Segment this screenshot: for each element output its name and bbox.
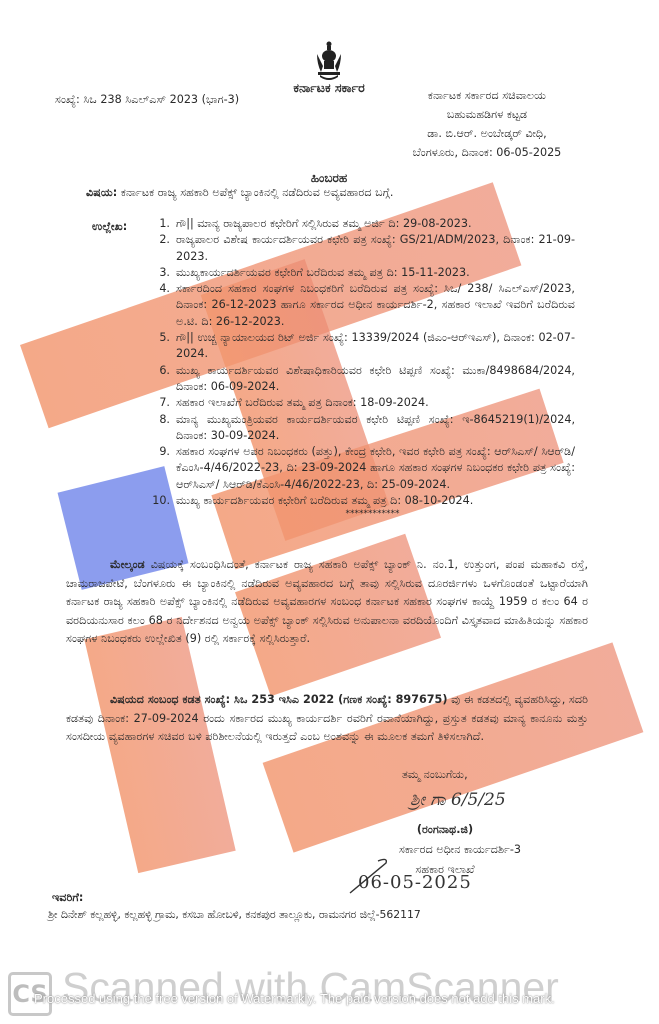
subject-text: ಕರ್ನಾಟಕ ರಾಜ್ಯ ಸಹಕಾರಿ ಅಪೆಕ್ಸ್ ಬ್ಯಾಂಕಿನಲ್ಲ… bbox=[121, 186, 394, 199]
body-paragraph-1: ಮೇಲ್ಕಂಡ ವಿಷಯಕ್ಕೆ ಸಂಬಂಧಿಸಿದಂತೆ, ಕರ್ನಾಟಕ ರ… bbox=[66, 556, 588, 649]
subject-label: ವಿಷಯ: bbox=[86, 186, 117, 199]
karnataka-emblem-icon bbox=[315, 40, 343, 82]
reference-item: 1.ಗೌ|| ಮಾನ್ಯ ರಾಜ್ಯಪಾಲರ ಕಛೇರಿಗೆ ಸಲ್ಲಿಸಿರು… bbox=[150, 216, 575, 232]
handwritten-date: 06-05-2025 bbox=[358, 872, 472, 893]
recipient-label: ಇವರಿಗೆ: bbox=[52, 890, 83, 905]
signatory-name: (ರಂಗನಾಥ.ಜಿ) bbox=[380, 822, 510, 837]
scanned-document-page: ಕರ್ನಾಟಕ ಸರ್ಕಾರ ಸಂಖ್ಯೆ: ಸಿಒ 238 ಸಿಎಲ್‌ಎಸ್… bbox=[0, 0, 659, 1024]
address-line: ಬಹುಮಹಡಿಗಳ ಕಟ್ಟಡ bbox=[392, 105, 582, 124]
handwritten-signature: ಶ್ರೀ ಗಾ 6/5/25 bbox=[410, 790, 506, 810]
reference-item: 2.ರಾಜ್ಯಪಾಲರ ವಿಶೇಷ ಕಾರ್ಯದರ್ಶಿಯವರ ಕಛೇರಿ ಪತ… bbox=[150, 232, 575, 265]
reference-item: 5.ಗೌ|| ಉಚ್ಚ ನ್ಯಾಯಾಲಯದ ರಿಟ್ ಅರ್ಜಿ ಸಂಖ್ಯೆ:… bbox=[150, 330, 575, 363]
paragraph-lead: ಮೇಲ್ಕಂಡ bbox=[110, 558, 145, 571]
reference-item: 3.ಮುಖ್ಯಕಾರ್ಯದರ್ಶಿಯವರ ಕಛೇರಿಗೆ ಬರೆದಿರುವ ತಮ… bbox=[150, 265, 575, 281]
document-type: ಹಿಂಬರಹ bbox=[279, 171, 379, 186]
reference-item: 8.ಮಾನ್ಯ ಮುಖ್ಯಮಂತ್ರಿಯವರ ಕಾರ್ಯದರ್ಶಿಯವರ ಕಛೇ… bbox=[150, 412, 575, 445]
watermarkly-notice: Processed using the free version of Wate… bbox=[34, 991, 555, 1006]
closing-salutation: ತಮ್ಮ ನಂಬುಗೆಯ, bbox=[402, 767, 468, 782]
government-title: ಕರ್ನಾಟಕ ಸರ್ಕಾರ bbox=[259, 80, 399, 95]
paragraph-text: ವಿಷಯಕ್ಕೆ ಸಂಬಂಧಿಸಿದಂತೆ, ಕರ್ನಾಟಕ ರಾಜ್ಯ ಸಹಕ… bbox=[66, 558, 588, 645]
reference-item: 4.ಸರ್ಕಾರದಿಂದ ಸಹಕಾರ ಸಂಘಗಳ ನಿಬಂಧಕರಿಗೆ ಬರೆದ… bbox=[150, 281, 575, 330]
office-address: ಕರ್ನಾಟಕ ಸರ್ಕಾರದ ಸಚಿವಾಲಯ ಬಹುಮಹಡಿಗಳ ಕಟ್ಟಡ … bbox=[392, 86, 582, 162]
reference-item: 7.ಸಹಕಾರ ಇಲಾಖೆಗೆ ಬರೆದಿರುವ ತಮ್ಮ ಪತ್ರ ದಿನಾಂ… bbox=[150, 395, 575, 411]
subject-line: ವಿಷಯ: ಕರ್ನಾಟಕ ರಾಜ್ಯ ಸಹಕಾರಿ ಅಪೆಕ್ಸ್ ಬ್ಯಾಂ… bbox=[86, 185, 393, 200]
body-paragraph-2: ವಿಷಯದ ಸಂಬಂಧ ಕಡತ ಸಂಖ್ಯೆ: ಸಿಒ 253 ಇಸಿಎ 202… bbox=[66, 691, 588, 747]
recipient-address: ಶ್ರೀ ದಿನೇಶ್ ಕಲ್ಲಹಳ್ಳಿ, ಕಲ್ಲಹಳ್ಳಿ ಗ್ರಾಮ, … bbox=[48, 907, 421, 922]
references-list: 1.ಗೌ|| ಮಾನ್ಯ ರಾಜ್ಯಪಾಲರ ಕಛೇರಿಗೆ ಸಲ್ಲಿಸಿರು… bbox=[150, 216, 575, 519]
references-label: ಉಲ್ಲೇಖ: bbox=[92, 219, 127, 234]
separator: ************ bbox=[150, 509, 575, 519]
reference-item: 6.ಮುಖ್ಯ ಕಾರ್ಯದರ್ಶಿಯವರ ವಿಶೇಷಾಧಿಕಾರಿಯವರ ಕಛ… bbox=[150, 363, 575, 396]
address-date-line: ಬೆಂಗಳೂರು, ದಿನಾಂಕ: 06-05-2025 bbox=[392, 143, 582, 162]
reference-item: 9.ಸಹಕಾರ ಸಂಘಗಳ ಅಪರ ನಿಬಂಧಕರು (ಪತ್ತು), ಕೇಂದ… bbox=[150, 444, 575, 493]
paragraph-lead: ವಿಷಯದ ಸಂಬಂಧ ಕಡತ ಸಂಖ್ಯೆ: ಸಿಒ 253 ಇಸಿಎ 202… bbox=[110, 693, 447, 706]
reference-item: 10.ಮುಖ್ಯ ಕಾರ್ಯದರ್ಶಿಯವರ ಕಛೇರಿಗೆ ಬರೆದಿರುವ … bbox=[150, 493, 575, 509]
address-line: ಕರ್ನಾಟಕ ಸರ್ಕಾರದ ಸಚಿವಾಲಯ bbox=[392, 86, 582, 105]
file-number: ಸಂಖ್ಯೆ: ಸಿಒ 238 ಸಿಎಲ್‌ಎಸ್ 2023 (ಭಾಗ-3) bbox=[55, 92, 239, 107]
address-line: ಡಾ. ಬಿ.ಆರ್. ಅಂಬೇಡ್ಕರ್ ವೀಧಿ, bbox=[392, 124, 582, 143]
